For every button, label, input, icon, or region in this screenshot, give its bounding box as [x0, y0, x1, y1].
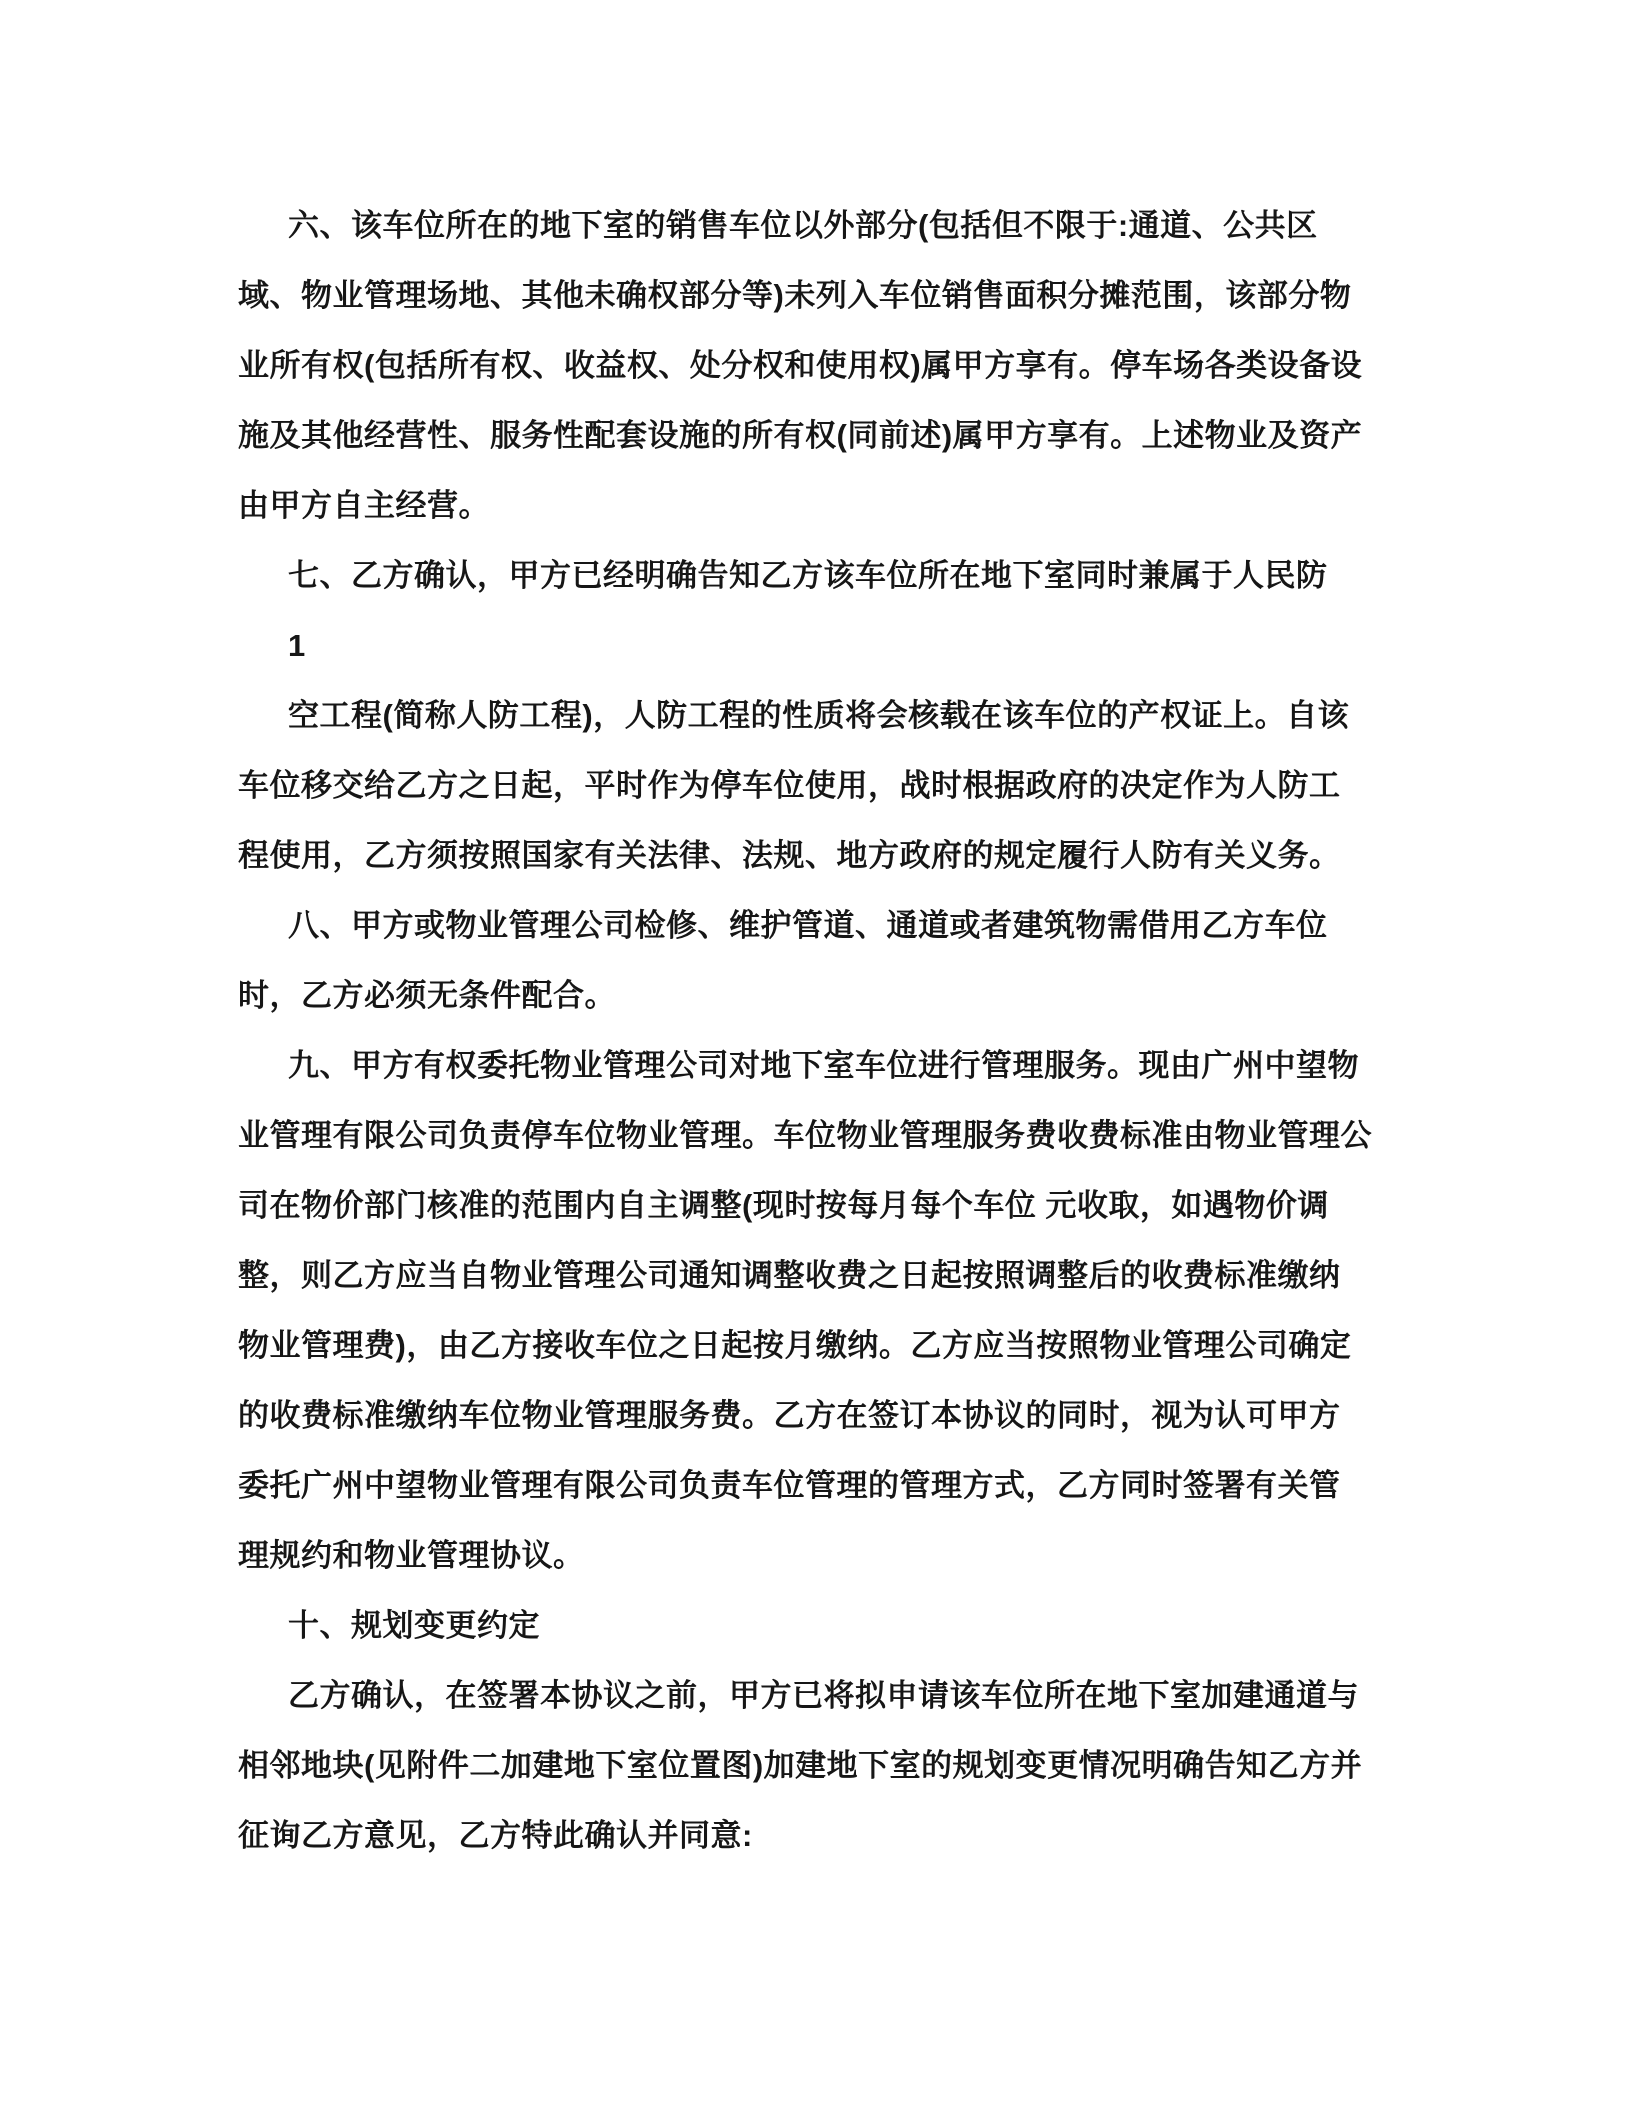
document-page: 六、该车位所在的地下室的销售车位以外部分(包括但不限于:通道、公共区 域、物业管…	[0, 0, 1632, 2112]
text-line: 程使用，乙方须按照国家有关法律、法规、地方政府的规定履行人防有关义务。	[238, 821, 1372, 891]
text-line: 施及其他经营性、服务性配套设施的所有权(同前述)属甲方享有。上述物业及资产	[238, 401, 1372, 471]
text-line: 委托广州中望物业管理有限公司负责车位管理的管理方式，乙方同时签署有关管	[238, 1451, 1372, 1521]
text-line: 的收费标准缴纳车位物业管理服务费。乙方在签订本协议的同时，视为认可甲方	[238, 1381, 1372, 1451]
section-heading-line: 十、规划变更约定	[238, 1591, 1372, 1661]
text-line: 司在物价部门核准的范围内自主调整(现时按每月每个车位 元收取，如遇物价调	[238, 1171, 1372, 1241]
contract-text-block: 六、该车位所在的地下室的销售车位以外部分(包括但不限于:通道、公共区 域、物业管…	[238, 191, 1372, 1871]
text-line: 八、甲方或物业管理公司检修、维护管道、通道或者建筑物需借用乙方车位	[238, 891, 1372, 961]
text-line: 七、乙方确认，甲方已经明确告知乙方该车位所在地下室同时兼属于人民防	[238, 541, 1372, 611]
text-line: 相邻地块(见附件二加建地下室位置图)加建地下室的规划变更情况明确告知乙方并	[238, 1731, 1372, 1801]
text-line: 业管理有限公司负责停车位物业管理。车位物业管理服务费收费标准由物业管理公	[238, 1101, 1372, 1171]
text-line: 域、物业管理场地、其他未确权部分等)未列入车位销售面积分摊范围，该部分物	[238, 261, 1372, 331]
text-line: 六、该车位所在的地下室的销售车位以外部分(包括但不限于:通道、公共区	[238, 191, 1372, 261]
text-line: 九、甲方有权委托物业管理公司对地下室车位进行管理服务。现由广州中望物	[238, 1031, 1372, 1101]
text-line: 征询乙方意见，乙方特此确认并同意:	[238, 1801, 1372, 1871]
text-line: 理规约和物业管理协议。	[238, 1521, 1372, 1591]
text-line: 车位移交给乙方之日起，平时作为停车位使用，战时根据政府的决定作为人防工	[238, 751, 1372, 821]
text-line: 整，则乙方应当自物业管理公司通知调整收费之日起按照调整后的收费标准缴纳	[238, 1241, 1372, 1311]
text-line: 空工程(简称人防工程)，人防工程的性质将会核载在该车位的产权证上。自该	[238, 681, 1372, 751]
page-number-line: 1	[238, 611, 1372, 681]
text-line: 业所有权(包括所有权、收益权、处分权和使用权)属甲方享有。停车场各类设备设	[238, 331, 1372, 401]
text-line: 时，乙方必须无条件配合。	[238, 961, 1372, 1031]
text-line: 物业管理费)，由乙方接收车位之日起按月缴纳。乙方应当按照物业管理公司确定	[238, 1311, 1372, 1381]
text-line: 乙方确认，在签署本协议之前，甲方已将拟申请该车位所在地下室加建通道与	[238, 1661, 1372, 1731]
text-line: 由甲方自主经营。	[238, 471, 1372, 541]
